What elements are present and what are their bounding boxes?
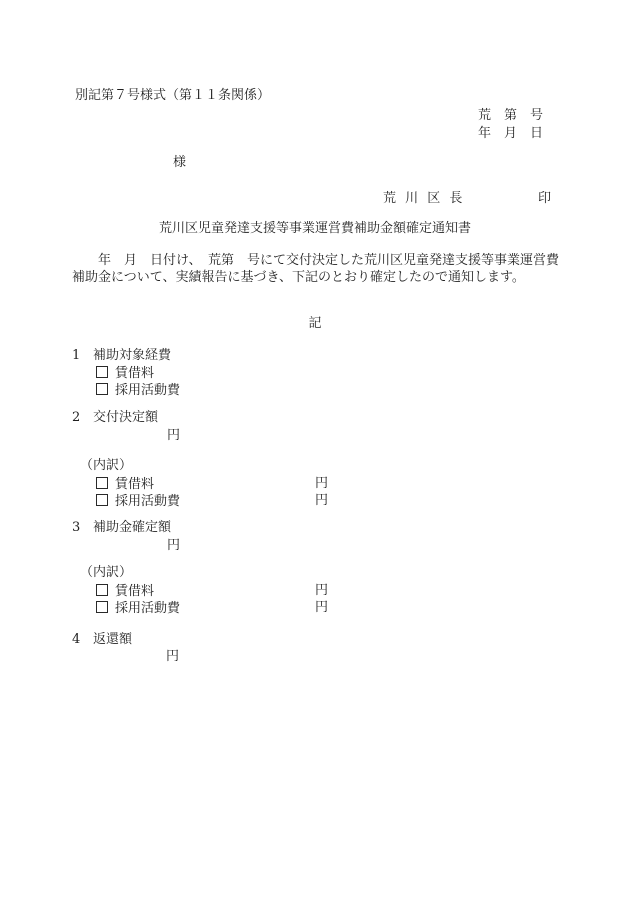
checkbox-icon[interactable] <box>96 584 108 596</box>
section-3-heading: 3補助金確定額 <box>72 521 171 535</box>
checkbox-row: 採用活動費 <box>96 601 180 616</box>
checkbox-label: 賃借料 <box>115 584 154 599</box>
section-title: 交付決定額 <box>93 410 158 425</box>
sender-title: 荒 川 区 長 <box>383 192 463 206</box>
checkbox-label: 採用活動費 <box>115 494 180 509</box>
section-title: 返還額 <box>93 632 132 647</box>
checkbox-row: 採用活動費 <box>96 383 180 398</box>
addressee-suffix: 様 <box>173 156 186 170</box>
checkbox-icon[interactable] <box>96 477 108 489</box>
checkbox-row: 賃借料 <box>96 477 154 492</box>
document-page: { "document": { "form_number": "別記第７号様式（… <box>0 0 630 903</box>
section-4-heading: 4返還額 <box>72 633 132 647</box>
checkbox-icon[interactable] <box>96 601 108 613</box>
breakdown-label: （内訳） <box>80 566 132 580</box>
section-2-heading: 2交付決定額 <box>72 411 158 425</box>
checkbox-row: 採用活動費 <box>96 494 180 509</box>
document-title: 荒川区児童発達支援等事業運営費補助金額確定通知書 <box>0 222 630 236</box>
checkbox-label: 採用活動費 <box>115 383 180 398</box>
section-title: 補助金確定額 <box>93 520 171 535</box>
section-number: 2 <box>72 411 93 425</box>
checkbox-label: 賃借料 <box>115 477 154 492</box>
section-number: 3 <box>72 521 93 535</box>
breakdown-label: （内訳） <box>80 459 132 473</box>
body-paragraph-line2: 補助金について、実績報告に基づき、下記のとおり確定したので通知します。 <box>72 271 525 285</box>
section-number: 1 <box>72 349 93 363</box>
amount-unit: 円 <box>315 584 328 598</box>
seal-mark: 印 <box>538 192 551 206</box>
amount-unit: 円 <box>166 650 179 664</box>
amount-unit: 円 <box>315 601 328 615</box>
checkbox-row: 賃借料 <box>96 584 154 599</box>
form-number: 別記第７号様式（第１１条関係） <box>75 89 270 103</box>
amount-unit: 円 <box>315 494 328 508</box>
checkbox-icon[interactable] <box>96 494 108 506</box>
section-number: 4 <box>72 633 93 647</box>
checkbox-icon[interactable] <box>96 383 108 395</box>
checkbox-label: 採用活動費 <box>115 601 180 616</box>
body-paragraph-line1: 年 月 日付け、 荒第 号にて交付決定した荒川区児童発達支援等事業運営費 <box>72 254 559 268</box>
section-1-heading: 1補助対象経費 <box>72 349 171 363</box>
record-marker: 記 <box>0 317 630 331</box>
checkbox-row: 賃借料 <box>96 366 154 381</box>
checkbox-icon[interactable] <box>96 366 108 378</box>
reference-number: 荒 第 号 <box>478 109 543 123</box>
amount-unit: 円 <box>167 539 180 553</box>
amount-unit: 円 <box>315 477 328 491</box>
checkbox-label: 賃借料 <box>115 366 154 381</box>
section-title: 補助対象経費 <box>93 348 171 363</box>
amount-unit: 円 <box>167 429 180 443</box>
date-line: 年 月 日 <box>478 127 543 141</box>
